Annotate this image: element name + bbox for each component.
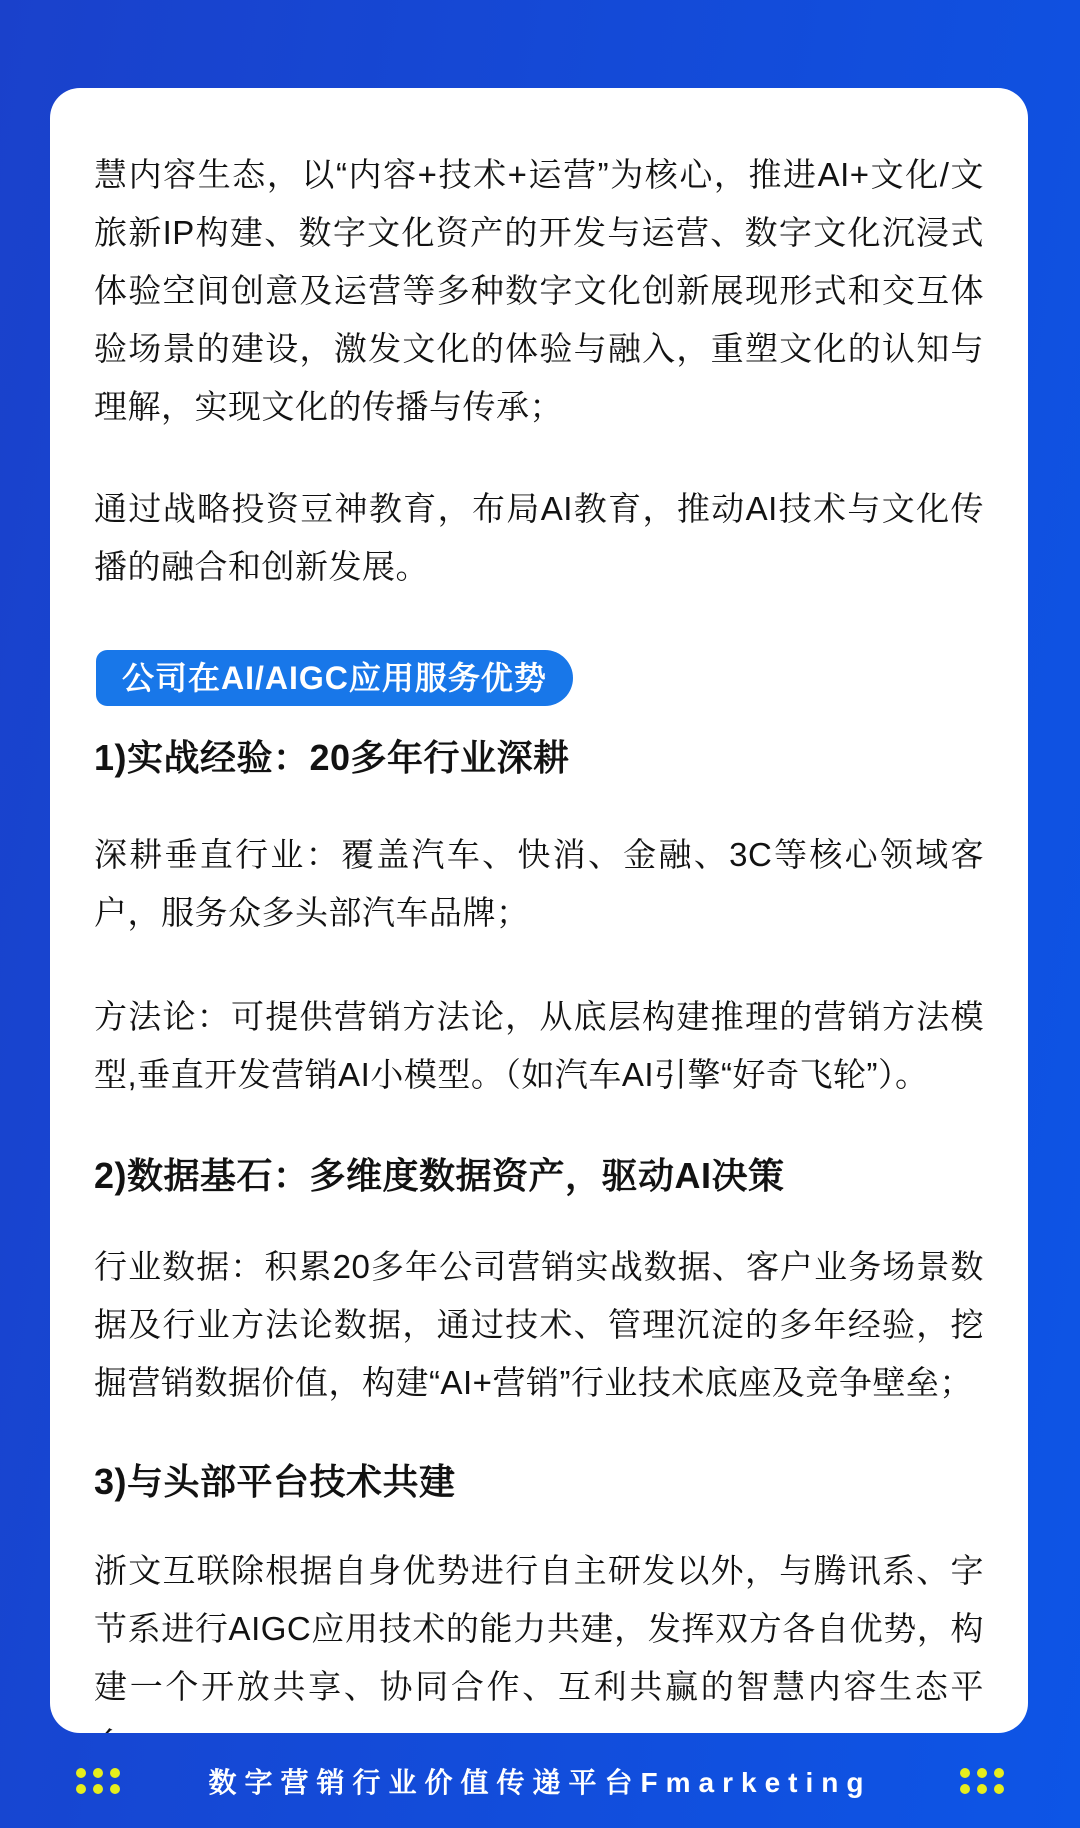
dot-icon	[960, 1768, 970, 1778]
page-background: 慧内容生态，以“内容+技术+运营”为核心，推进AI+文化/文旅新IP构建、数字文…	[0, 0, 1080, 1828]
section-1-heading: 1)实战经验：20多年行业深耕	[94, 732, 984, 784]
section-1-paragraph-2: 方法论：可提供营销方法论，从底层构建推理的营销方法模型,垂直开发营销AI小模型。…	[94, 988, 984, 1104]
dot-icon	[76, 1768, 86, 1778]
intro-paragraph-2: 通过战略投资豆神教育，布局AI教育，推动AI技术与文化传播的融合和创新发展。	[94, 480, 984, 596]
section-3-heading: 3)与头部平台技术共建	[94, 1456, 984, 1508]
dot-icon	[93, 1768, 103, 1778]
section-3-paragraph-1: 浙文互联除根据自身优势进行自主研发以外，与腾讯系、字节系进行AIGC应用技术的能…	[94, 1542, 984, 1733]
dot-icon	[110, 1768, 120, 1778]
dot-icon	[960, 1784, 970, 1794]
section-2-paragraph-1: 行业数据：积累20多年公司营销实战数据、客户业务场景数据及行业方法论数据，通过技…	[94, 1238, 984, 1412]
section-badge: 公司在AI/AIGC应用服务优势	[96, 650, 573, 706]
section-1-paragraph-1: 深耕垂直行业：覆盖汽车、快消、金融、3C等核心领域客户，服务众多头部汽车品牌；	[94, 826, 984, 942]
dot-icon	[977, 1784, 987, 1794]
dot-icon	[110, 1784, 120, 1794]
section-badge-label: 公司在AI/AIGC应用服务优势	[122, 660, 547, 696]
dot-icon	[977, 1768, 987, 1778]
dot-icon	[994, 1768, 1004, 1778]
dot-grid-right-icon	[960, 1768, 1004, 1794]
section-2-heading: 2)数据基石：多维度数据资产，驱动AI决策	[94, 1150, 984, 1202]
intro-paragraph-1: 慧内容生态，以“内容+技术+运营”为核心，推进AI+文化/文旅新IP构建、数字文…	[94, 146, 984, 436]
dot-icon	[93, 1784, 103, 1794]
footer-brand-text: 数字营销行业价值传递平台Fmarketing	[120, 1761, 960, 1801]
dot-grid-left-icon	[76, 1768, 120, 1794]
dot-icon	[76, 1784, 86, 1794]
article-card: 慧内容生态，以“内容+技术+运营”为核心，推进AI+文化/文旅新IP构建、数字文…	[50, 88, 1028, 1733]
footer-bar: 数字营销行业价值传递平台Fmarketing	[0, 1733, 1080, 1828]
dot-icon	[994, 1784, 1004, 1794]
